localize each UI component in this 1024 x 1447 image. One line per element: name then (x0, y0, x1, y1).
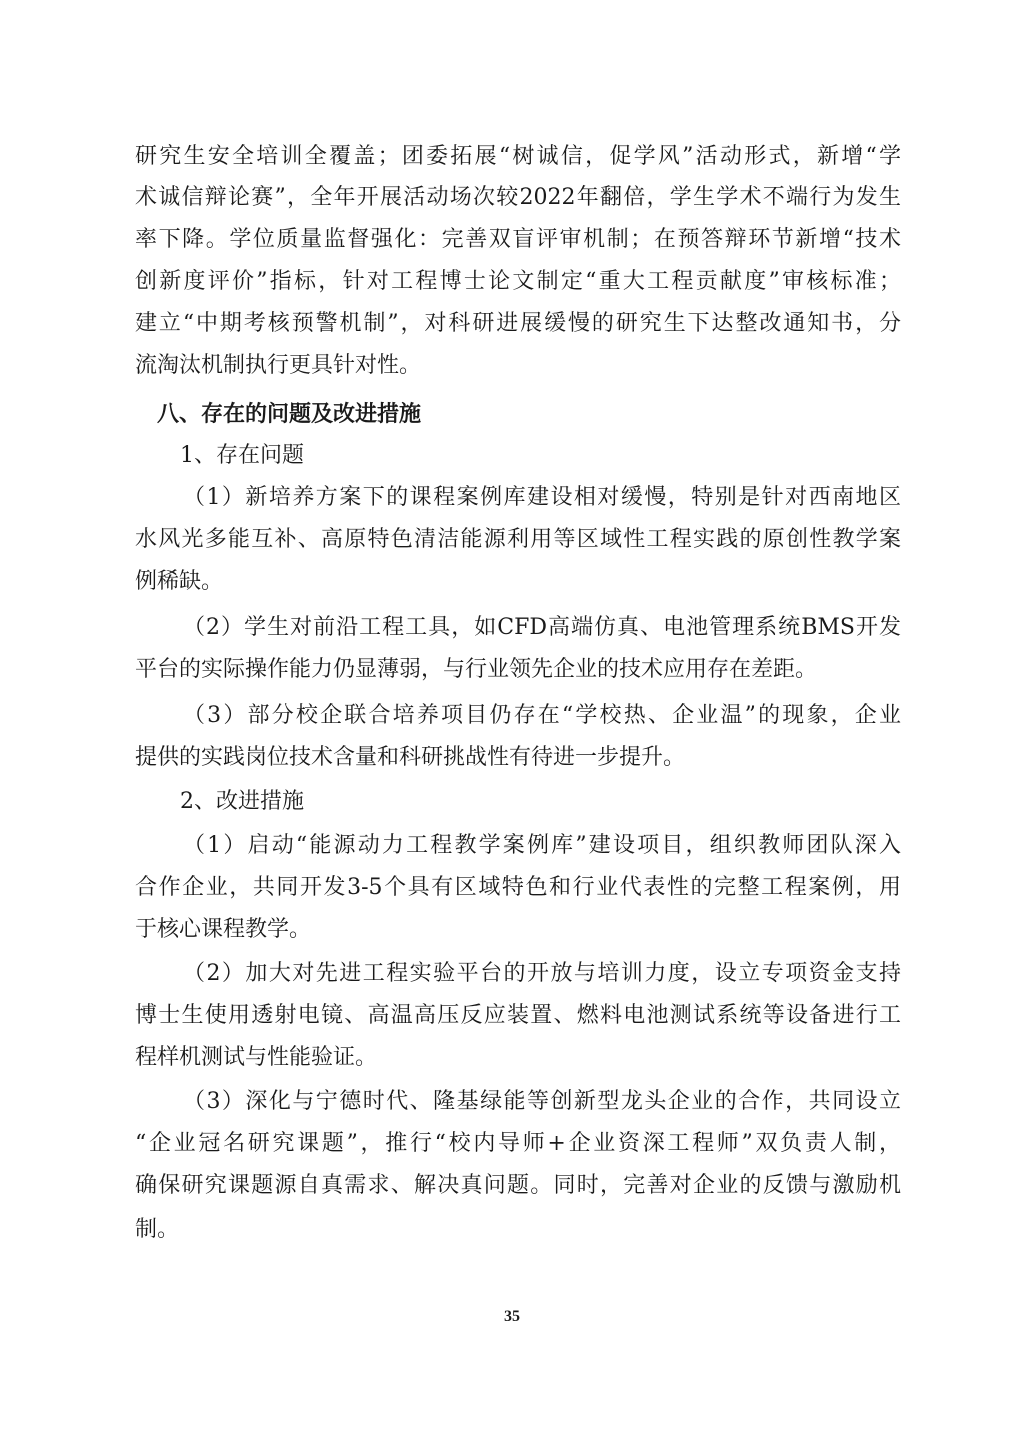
text-line: 程样机测试与性能验证。 (135, 1043, 901, 1073)
text-line: 研究生安全培训全覆盖；团委拓展“树诚信，促学风”活动形式，新增“学 (135, 142, 901, 172)
text-line: 率下降。学位质量监督强化：完善双盲评审机制；在预答辩环节新增“技术 (135, 225, 901, 255)
subsection-heading: 2、改进措施 (180, 787, 946, 817)
text-line: 提供的实践岗位技术含量和科研挑战性有待进一步提升。 (135, 743, 901, 773)
text-line: 术诚信辩论赛”，全年开展活动场次较2022年翻倍，学生学术不端行为发生 (135, 183, 901, 213)
page-number: 35 (0, 1308, 1024, 1326)
text-line: 创新度评价”指标，针对工程博士论文制定“重大工程贡献度”审核标准； (135, 267, 901, 297)
text-line: 水风光多能互补、高原特色清洁能源利用等区域性工程实践的原创性教学案 (135, 525, 901, 555)
text-line: （3）部分校企联合培养项目仍存在“学校热、企业温”的现象，企业 (183, 701, 901, 731)
text-line: 合作企业，共同开发3-5个具有区域特色和行业代表性的完整工程案例，用 (135, 873, 901, 903)
text-line: （3）深化与宁德时代、隆基绿能等创新型龙头企业的合作，共同设立 (183, 1087, 901, 1117)
text-line: （1）新培养方案下的课程案例库建设相对缓慢，特别是针对西南地区 (183, 483, 901, 513)
text-line: 于核心课程教学。 (135, 915, 901, 945)
text-line: “企业冠名研究课题”，推行“校内导师+企业资深工程师”双负责人制， (135, 1129, 901, 1159)
text-line: 流淘汰机制执行更具针对性。 (135, 351, 901, 381)
section-heading: 八、存在的问题及改进措施 (157, 399, 923, 429)
text-line: （2）加大对先进工程实验平台的开放与培训力度，设立专项资金支持 (183, 959, 901, 989)
document-page: 研究生安全培训全覆盖；团委拓展“树诚信，促学风”活动形式，新增“学术诚信辩论赛”… (0, 0, 1024, 1447)
text-line: 例稀缺。 (135, 567, 901, 597)
text-line: 博士生使用透射电镜、高温高压反应装置、燃料电池测试系统等设备进行工 (135, 1001, 901, 1031)
subsection-heading: 1、存在问题 (180, 441, 946, 471)
text-line: 平台的实际操作能力仍显薄弱，与行业领先企业的技术应用存在差距。 (135, 655, 901, 685)
text-line: 建立“中期考核预警机制”，对科研进展缓慢的研究生下达整改通知书，分 (135, 309, 901, 339)
text-line: 确保研究课题源自真需求、解决真问题。同时，完善对企业的反馈与激励机 (135, 1171, 901, 1201)
text-line: （1）启动“能源动力工程教学案例库”建设项目，组织教师团队深入 (183, 831, 901, 861)
text-line: 制。 (135, 1215, 901, 1245)
text-line: （2）学生对前沿工程工具，如CFD高端仿真、电池管理系统BMS开发 (183, 613, 901, 643)
